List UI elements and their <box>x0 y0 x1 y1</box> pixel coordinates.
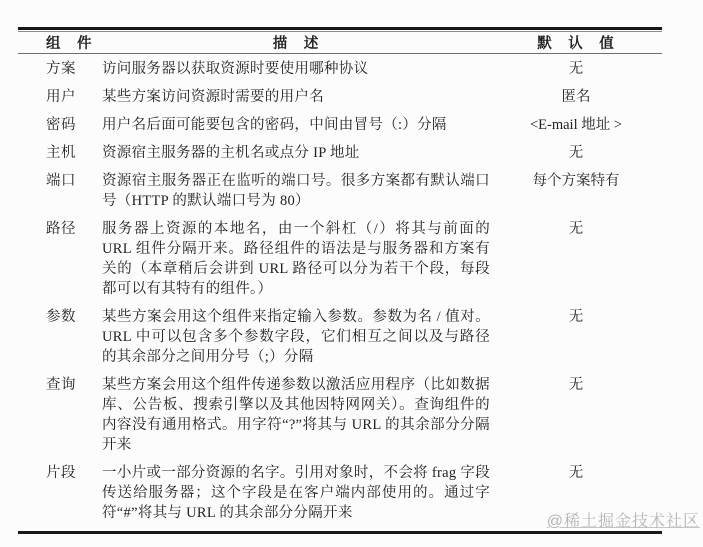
description-cell: 服务器上资源的本地名，由一个斜杠（/）将其与前面的 URL 组件分隔开来。路径组… <box>102 219 490 299</box>
default-cell: 无 <box>490 375 662 395</box>
description-cell: 一小片或一部分资源的名字。引用对象时，不会将 frag 字段传送给服务器；这个字… <box>102 463 490 523</box>
table-row: 密码 用户名后面可能要包含的密码，中间由冒号（:）分隔 <E-mail 地址 > <box>18 115 662 135</box>
description-cell: 某些方案访问资源时需要的用户名 <box>102 87 490 107</box>
description-cell: 用户名后面可能要包含的密码，中间由冒号（:）分隔 <box>102 115 490 135</box>
description-cell: 资源宿主服务器正在监听的端口号。很多方案都有默认端口号（HTTP 的默认端口号为… <box>102 171 490 211</box>
default-cell: <E-mail 地址 > <box>490 115 662 135</box>
header-default-value: 默 认 值 <box>490 32 662 53</box>
default-cell: 无 <box>490 307 662 327</box>
component-cell: 密码 <box>18 115 102 135</box>
component-cell: 方案 <box>18 59 102 79</box>
default-cell: 匿名 <box>490 87 662 107</box>
watermark: @稀土掘金技术社区 <box>547 508 700 531</box>
table-row: 路径 服务器上资源的本地名，由一个斜杠（/）将其与前面的 URL 组件分隔开来。… <box>18 219 662 299</box>
table-row: 端口 资源宿主服务器正在监听的端口号。很多方案都有默认端口号（HTTP 的默认端… <box>18 171 662 211</box>
default-cell: 无 <box>490 143 662 163</box>
default-cell: 无 <box>490 59 662 79</box>
table-body: 方案 访问服务器以获取资源时要使用哪种协议 无 用户 某些方案访问资源时需要的用… <box>18 54 662 523</box>
table-row: 方案 访问服务器以获取资源时要使用哪种协议 无 <box>18 59 662 79</box>
table-row: 查询 某些方案会用这个组件传递参数以激活应用程序（比如数据库、公告板、搜索引擎以… <box>18 375 662 455</box>
table-row: 用户 某些方案访问资源时需要的用户名 匿名 <box>18 87 662 107</box>
component-cell: 查询 <box>18 375 102 395</box>
description-cell: 某些方案会用这个组件传递参数以激活应用程序（比如数据库、公告板、搜索引擎以及其他… <box>102 375 490 455</box>
description-cell: 资源宿主服务器的主机名或点分 IP 地址 <box>102 143 490 163</box>
component-cell: 参数 <box>18 307 102 327</box>
default-cell: 无 <box>490 463 662 483</box>
default-cell: 无 <box>490 219 662 239</box>
description-cell: 访问服务器以获取资源时要使用哪种协议 <box>102 59 490 79</box>
component-cell: 端口 <box>18 171 102 191</box>
bottom-rule <box>18 531 662 534</box>
table-header-row: 组 件 描 述 默 认 值 <box>18 32 662 53</box>
url-components-table: 组 件 描 述 默 认 值 方案 访问服务器以获取资源时要使用哪种协议 无 用户… <box>18 27 662 534</box>
document-page: 组 件 描 述 默 认 值 方案 访问服务器以获取资源时要使用哪种协议 无 用户… <box>0 0 703 547</box>
table-row: 参数 某些方案会用这个组件来指定输入参数。参数为名 / 值对。URL 中可以包含… <box>18 307 662 367</box>
table-row: 主机 资源宿主服务器的主机名或点分 IP 地址 无 <box>18 143 662 163</box>
description-cell: 某些方案会用这个组件来指定输入参数。参数为名 / 值对。URL 中可以包含多个参… <box>102 307 490 367</box>
component-cell: 用户 <box>18 87 102 107</box>
component-cell: 路径 <box>18 219 102 239</box>
header-component: 组 件 <box>18 32 102 53</box>
component-cell: 片段 <box>18 463 102 483</box>
header-description: 描 述 <box>102 32 490 53</box>
component-cell: 主机 <box>18 143 102 163</box>
default-cell: 每个方案特有 <box>490 171 662 191</box>
